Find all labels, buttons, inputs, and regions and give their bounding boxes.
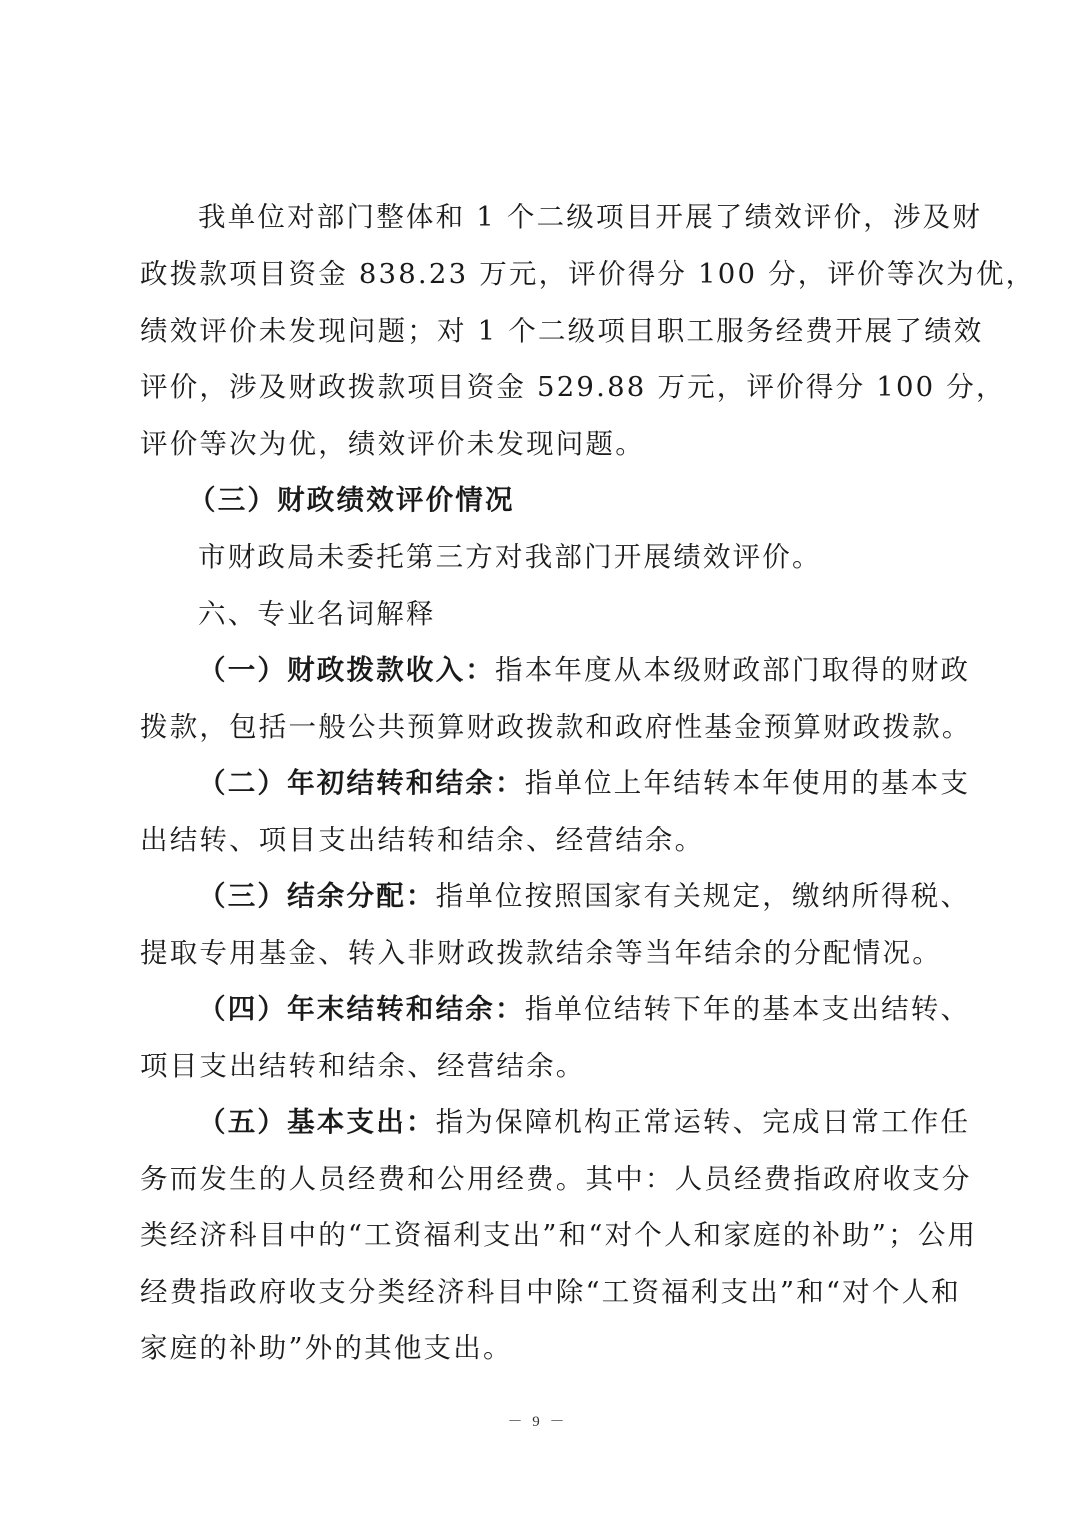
paragraph-line: 评价等次为优，绩效评价未发现问题。: [140, 428, 940, 460]
section-text: 市财政局未委托第三方对我部门开展绩效评价。: [198, 541, 998, 573]
section-heading: （三）财政绩效评价情况: [188, 484, 988, 516]
paragraph-line: 我单位对部门整体和 1 个二级项目开展了绩效评价，涉及财: [198, 201, 940, 233]
paragraph-line: 评价，涉及财政拨款项目资金 529.88 万元，评价得分 100 分，: [140, 371, 940, 403]
term-definition-line: 家庭的补助”外的其他支出。: [140, 1332, 940, 1364]
term-definition-line: （四）年末结转和结余：指单位结转下年的基本支出结转、: [198, 993, 940, 1025]
term-definition-line: 类经济科目中的“工资福利支出”和“对个人和家庭的补助”；公用: [140, 1219, 940, 1251]
term-text: 指单位上年结转本年使用的基本支: [525, 767, 971, 799]
term-text: 指为保障机构正常运转、完成日常工作任: [436, 1106, 971, 1138]
paragraph-line: 政拨款项目资金 838.23 万元，评价得分 100 分，评价等次为优，: [140, 258, 940, 290]
term-text: 指单位结转下年的基本支出结转、: [525, 993, 971, 1025]
term-text: 指本年度从本级财政部门取得的财政: [495, 654, 970, 686]
term-definition-line: （五）基本支出：指为保障机构正常运转、完成日常工作任: [198, 1106, 940, 1138]
term-definition-line: 项目支出结转和结余、经营结余。: [140, 1050, 940, 1082]
term-definition-line: 提取专用基金、转入非财政拨款结余等当年结余的分配情况。: [140, 937, 940, 969]
term-label: （四）年末结转和结余：: [198, 993, 525, 1025]
paragraph-line: 绩效评价未发现问题；对 1 个二级项目职工服务经费开展了绩效: [140, 315, 940, 347]
term-label: （一）财政拨款收入：: [198, 654, 495, 686]
term-label: （三）结余分配：: [198, 880, 436, 912]
document-page: 我单位对部门整体和 1 个二级项目开展了绩效评价，涉及财 政拨款项目资金 838…: [0, 0, 1075, 1520]
term-definition-line: 拨款，包括一般公共预算财政拨款和政府性基金预算财政拨款。: [140, 711, 940, 743]
term-definition-line: 出结转、项目支出结转和结余、经营结余。: [140, 824, 940, 856]
term-definition-line: （一）财政拨款收入：指本年度从本级财政部门取得的财政: [198, 654, 940, 686]
page-number: － 9 －: [0, 1410, 1075, 1431]
term-definition-line: 经费指政府收支分类经济科目中除“工资福利支出”和“对个人和: [140, 1276, 925, 1308]
term-definition-line: （二）年初结转和结余：指单位上年结转本年使用的基本支: [198, 767, 940, 799]
term-definition-line: 务而发生的人员经费和公用经费。其中：人员经费指政府收支分: [140, 1163, 940, 1195]
term-definition-line: （三）结余分配：指单位按照国家有关规定，缴纳所得税、: [198, 880, 940, 912]
term-text: 指单位按照国家有关规定，缴纳所得税、: [436, 880, 971, 912]
term-label: （二）年初结转和结余：: [198, 767, 525, 799]
section-heading: 六、专业名词解释: [198, 598, 998, 630]
term-label: （五）基本支出：: [198, 1106, 436, 1138]
